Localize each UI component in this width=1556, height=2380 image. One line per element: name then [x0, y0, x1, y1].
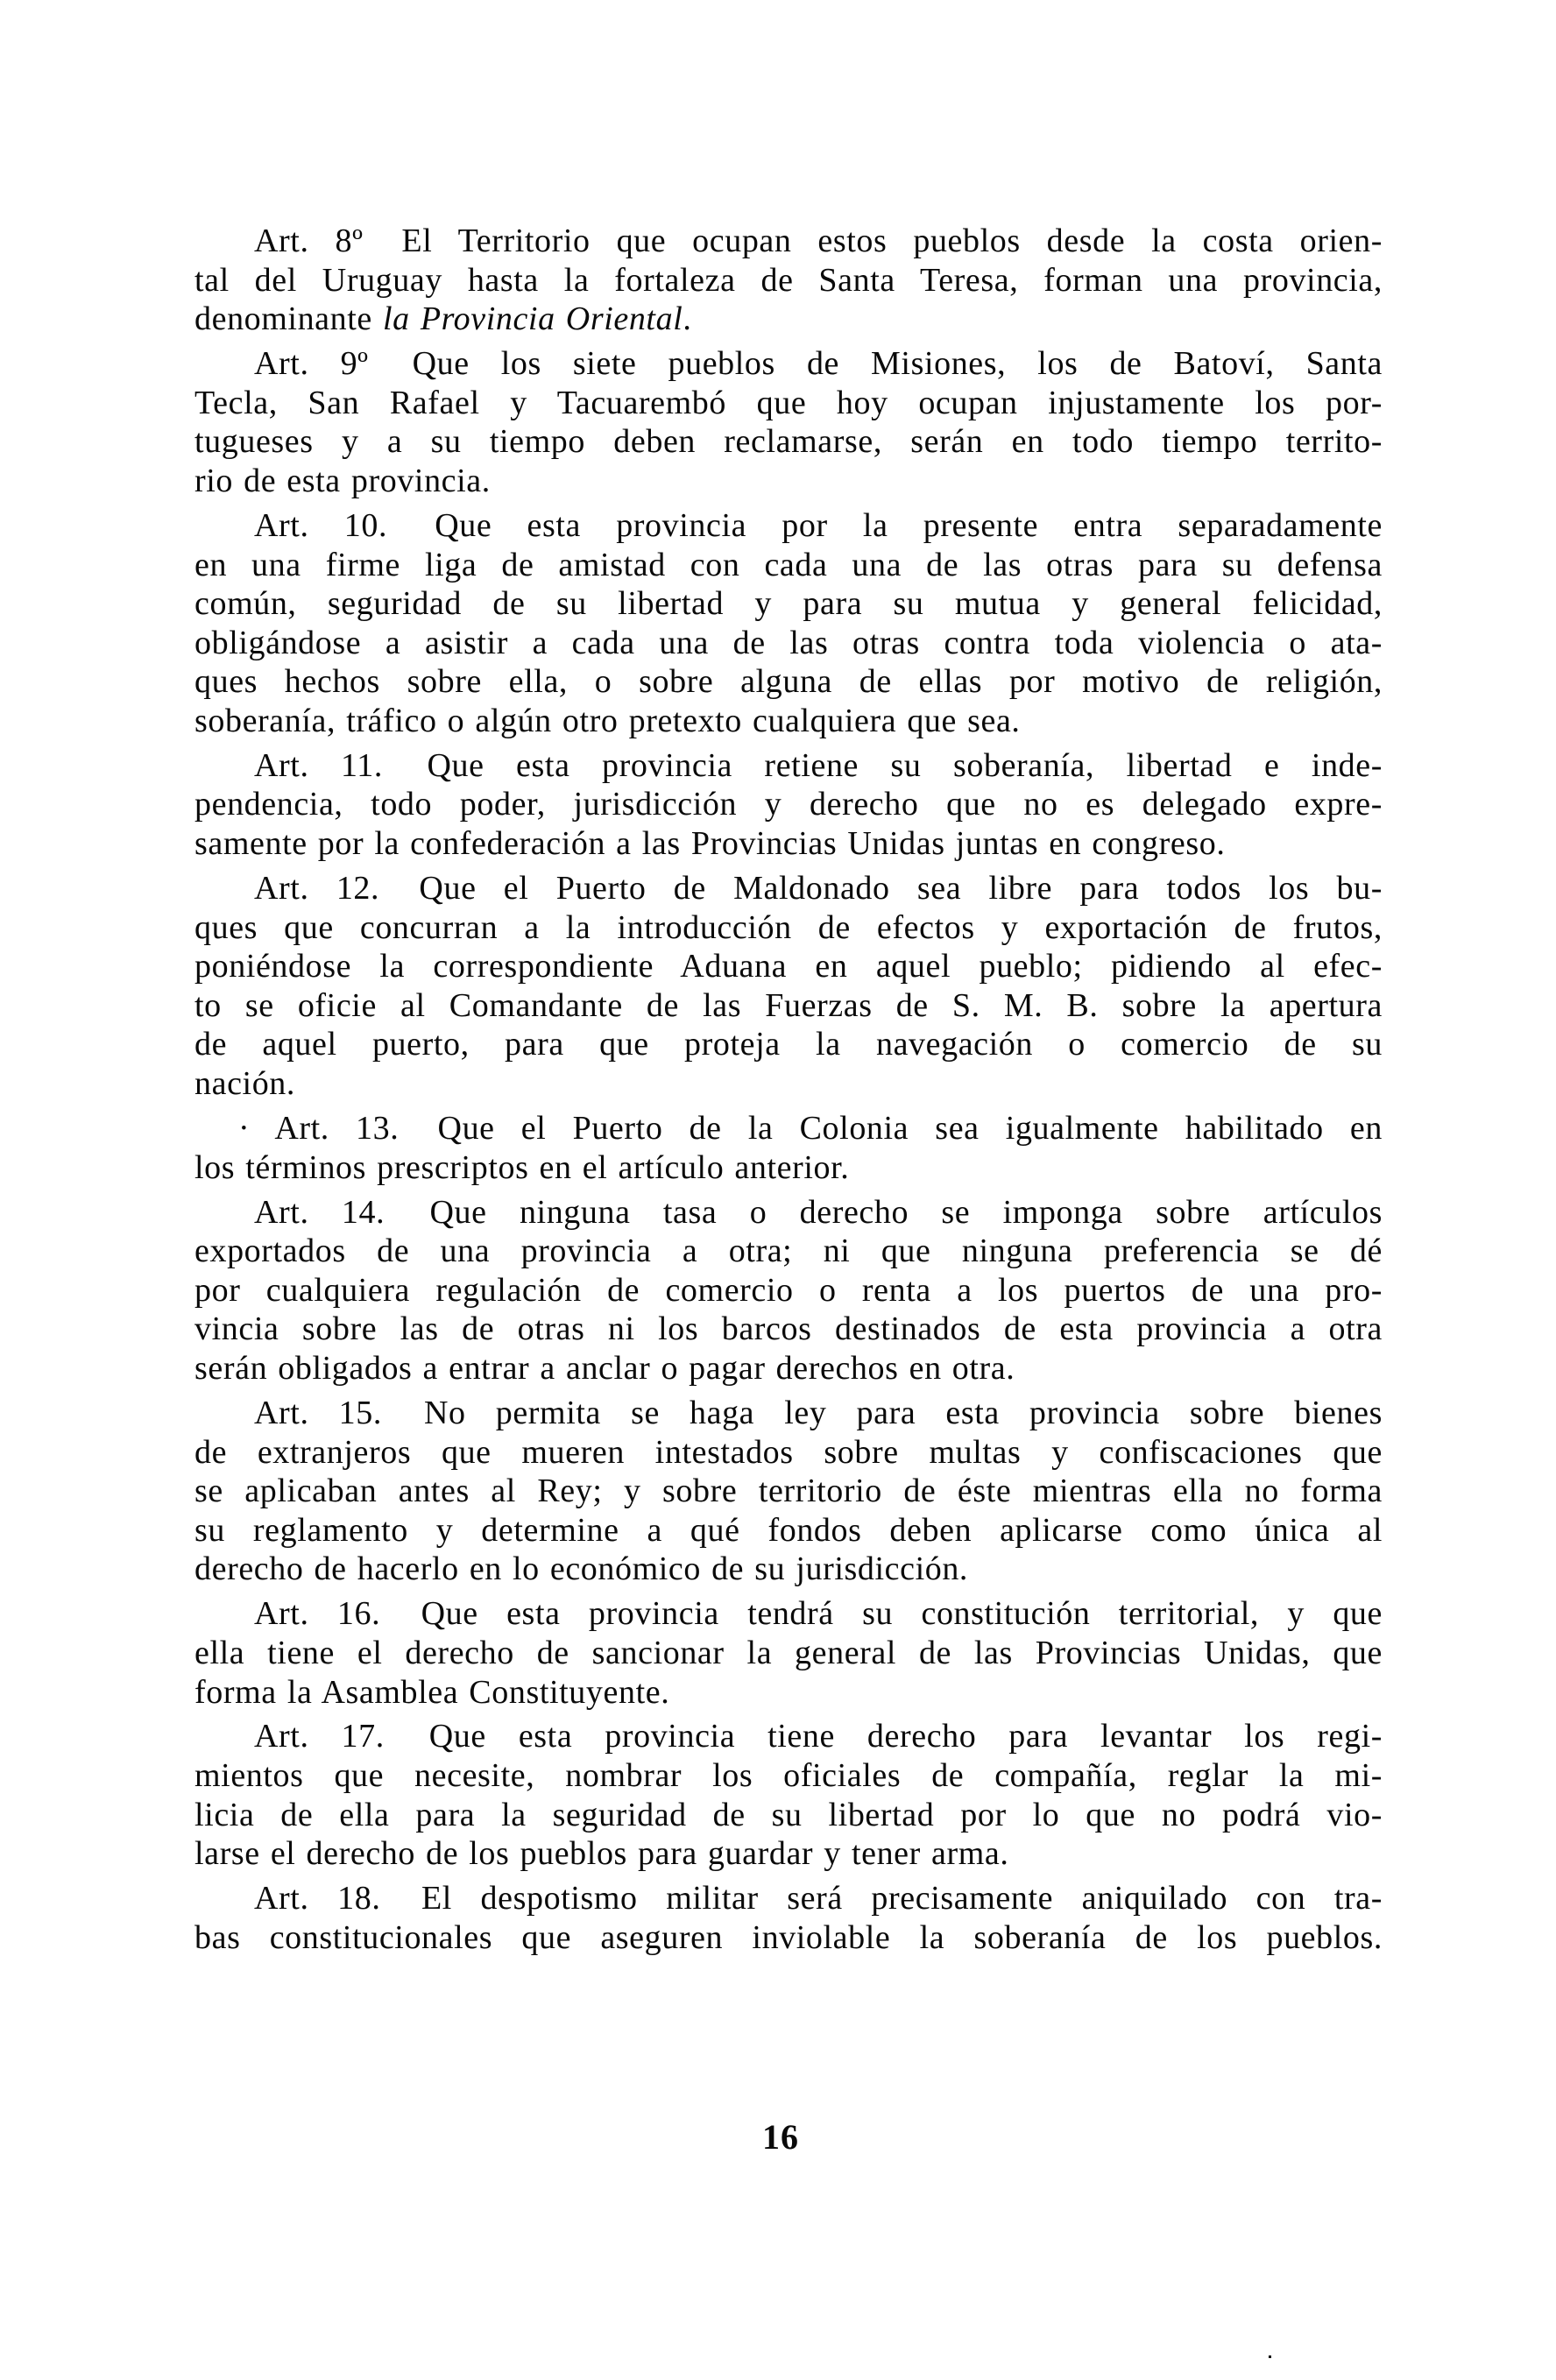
article-17: Art. 17. Que esta provincia tiene derech…	[194, 1717, 1383, 1873]
article-label: Art. 18.	[254, 1880, 380, 1917]
article-label: · Art. 13.	[238, 1110, 399, 1147]
article-line: Tecla, San Rafael y Tacuarembó que hoy o…	[194, 384, 1383, 423]
article-line: Art. 17. Que esta provincia tiene derech…	[194, 1717, 1383, 1756]
article-line: Art. 10. Que esta provincia por la prese…	[194, 506, 1383, 546]
article-line: Art. 8º El Territorio que ocupan estos p…	[194, 222, 1383, 261]
article-label: Art. 12.	[254, 870, 379, 907]
article-14: Art. 14. Que ninguna tasa o derecho se i…	[194, 1193, 1383, 1388]
article-line: to se oficie al Comandante de las Fuerza…	[194, 986, 1383, 1026]
article-16: Art. 16. Que esta provincia tendrá su co…	[194, 1594, 1383, 1712]
article-line: pendencia, todo poder, jurisdicción y de…	[194, 785, 1383, 824]
article-line: Art. 9º Que los siete pueblos de Misione…	[194, 344, 1383, 384]
article-line: Art. 12. Que el Puerto de Maldonado sea …	[194, 869, 1383, 908]
article-line: rio de esta provincia.	[194, 462, 1383, 501]
article-15: Art. 15. No permita se haga ley para est…	[194, 1394, 1383, 1589]
article-line: de extranjeros que mueren intestados sob…	[194, 1433, 1383, 1472]
article-label: Art. 14.	[254, 1194, 385, 1231]
article-line: por cualquiera regulación de comercio o …	[194, 1271, 1383, 1310]
italic-emphasis: la Provincia Oriental	[383, 300, 683, 337]
article-line: bas constitucionales que aseguren inviol…	[194, 1918, 1383, 1958]
article-label: Art. 15.	[254, 1395, 382, 1431]
article-line: vincia sobre las de otras ni los barcos …	[194, 1310, 1383, 1349]
article-line: mientos que necesite, nombrar los oficia…	[194, 1756, 1383, 1796]
article-line: tugueses y a su tiempo deben reclamarse,…	[194, 422, 1383, 462]
article-line: Art. 11. Que esta provincia retiene su s…	[194, 746, 1383, 786]
article-line: Art. 15. No permita se haga ley para est…	[194, 1394, 1383, 1433]
article-label: Art. 9º	[254, 345, 369, 382]
article-line: poniéndose la correspondiente Aduana en …	[194, 947, 1383, 986]
article-line: forma la Asamblea Constituyente.	[194, 1673, 1383, 1713]
article-line: obligándose a asistir a cada una de las …	[194, 624, 1383, 663]
scan-speck-mark	[1269, 2355, 1271, 2358]
article-line: Art. 18. El despotismo militar será prec…	[194, 1879, 1383, 1918]
article-label: Art. 16.	[254, 1595, 380, 1632]
article-line: exportados de una provincia a otra; ni q…	[194, 1232, 1383, 1271]
article-line: denominante la Provincia Oriental.	[194, 300, 1383, 339]
article-line: de aquel puerto, para que proteja la nav…	[194, 1025, 1383, 1064]
article-line: licia de ella para la seguridad de su li…	[194, 1796, 1383, 1835]
article-18: Art. 18. El despotismo militar será prec…	[194, 1879, 1383, 1957]
article-line: larse el derecho de los pueblos para gua…	[194, 1834, 1383, 1874]
article-line: ques que concurran a la introducción de …	[194, 908, 1383, 948]
article-line: en una firme liga de amistad con cada un…	[194, 546, 1383, 585]
article-line: derecho de hacerlo en lo económico de su…	[194, 1550, 1383, 1589]
article-list: Art. 8º El Territorio que ocupan estos p…	[194, 222, 1383, 1957]
article-label: Art. 10.	[254, 507, 387, 544]
article-line: · Art. 13. Que el Puerto de la Colonia s…	[194, 1109, 1383, 1148]
article-8: Art. 8º El Territorio que ocupan estos p…	[194, 222, 1383, 339]
article-line: nación.	[194, 1064, 1383, 1104]
article-9: Art. 9º Que los siete pueblos de Misione…	[194, 344, 1383, 500]
article-label: Art. 17.	[254, 1718, 385, 1755]
article-line: Art. 16. Que esta provincia tendrá su co…	[194, 1594, 1383, 1634]
article-line: los términos prescriptos en el artículo …	[194, 1148, 1383, 1188]
article-line: samente por la confederación a las Provi…	[194, 824, 1383, 864]
article-line: ques hechos sobre ella, o sobre alguna d…	[194, 662, 1383, 702]
article-label: Art. 8º	[254, 222, 363, 259]
article-line: soberanía, tráfico o algún otro pretexto…	[194, 702, 1383, 741]
article-line: ella tiene el derecho de sancionar la ge…	[194, 1634, 1383, 1673]
page-number: 16	[0, 2118, 1556, 2157]
article-label: Art. 11.	[254, 747, 383, 784]
article-line: su reglamento y determine a qué fondos d…	[194, 1511, 1383, 1550]
article-line: Art. 14. Que ninguna tasa o derecho se i…	[194, 1193, 1383, 1232]
article-10: Art. 10. Que esta provincia por la prese…	[194, 506, 1383, 741]
article-line: serán obligados a entrar a anclar o paga…	[194, 1349, 1383, 1388]
article-12: Art. 12. Que el Puerto de Maldonado sea …	[194, 869, 1383, 1104]
document-page: Art. 8º El Territorio que ocupan estos p…	[0, 0, 1556, 2380]
article-line: se aplicaban antes al Rey; y sobre terri…	[194, 1472, 1383, 1511]
article-line: común, seguridad de su libertad y para s…	[194, 584, 1383, 624]
article-line: tal del Uruguay hasta la fortaleza de Sa…	[194, 261, 1383, 300]
article-11: Art. 11. Que esta provincia retiene su s…	[194, 746, 1383, 864]
article-13: · Art. 13. Que el Puerto de la Colonia s…	[194, 1109, 1383, 1187]
